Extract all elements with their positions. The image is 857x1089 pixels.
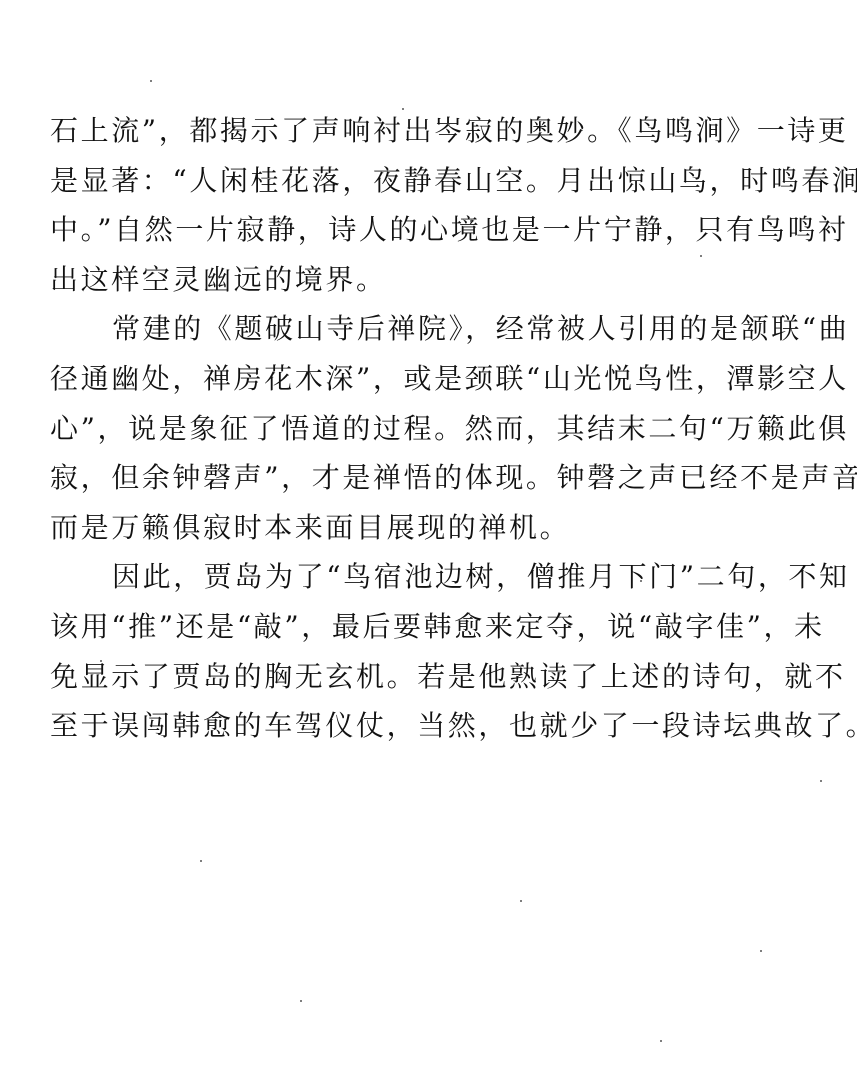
text-line: 是显著：“人闲桂花落，夜静春山空。月出惊山鸟，时鸣春涧 (50, 156, 800, 206)
text-line: 径通幽处，禅房花木深”，或是颈联“山光悦鸟性，潭影空人 (50, 354, 800, 404)
scan-speck (200, 860, 202, 862)
text-line: 免显示了贾岛的胸无玄机。若是他熟读了上述的诗句，就不 (50, 652, 800, 702)
text-line: 常建的《题破山寺后禅院》，经常被人引用的是颔联“曲 (50, 304, 800, 354)
text-line: 该用“推”还是“敲”，最后要韩愈来定夺，说“敲字佳”，未 (50, 602, 800, 652)
text-line: 至于误闯韩愈的车驾仪仗，当然，也就少了一段诗坛典故了。 (50, 701, 800, 751)
scan-speck (470, 220, 472, 222)
paragraph-2: 常建的《题破山寺后禅院》，经常被人引用的是颔联“曲 径通幽处，禅房花木深”，或是… (50, 304, 800, 552)
text-line: 因此，贾岛为了“鸟宿池边树，僧推月下门”二句，不知 (50, 552, 800, 602)
scan-speck (660, 1040, 662, 1042)
document-page: 石上流”，都揭示了声响衬出岑寂的奥妙。《鸟鸣涧》一诗更 是显著：“人闲桂花落，夜… (50, 106, 800, 751)
scan-speck (402, 108, 404, 110)
paragraph-3: 因此，贾岛为了“鸟宿池边树，僧推月下门”二句，不知 该用“推”还是“敲”，最后要… (50, 552, 800, 750)
scan-speck (640, 580, 642, 582)
text-line: 而是万籁俱寂时本来面目展现的禅机。 (50, 503, 800, 553)
text-line: 石上流”，都揭示了声响衬出岑寂的奥妙。《鸟鸣涧》一诗更 (50, 106, 800, 156)
text-line: 心”，说是象征了悟道的过程。然而，其结末二句“万籁此俱 (50, 404, 800, 454)
scan-speck (520, 900, 522, 902)
text-line: 寂，但余钟磬声”，才是禅悟的体现。钟磬之声已经不是声音， (50, 453, 800, 503)
scan-speck (150, 80, 152, 82)
scan-speck (820, 780, 822, 782)
scan-speck (100, 660, 102, 662)
text-line: 中。”自然一片寂静，诗人的心境也是一片宁静，只有鸟鸣衬 (50, 205, 800, 255)
scan-speck (840, 130, 842, 132)
scan-speck (300, 1000, 302, 1002)
scan-speck (700, 255, 702, 257)
paragraph-1: 石上流”，都揭示了声响衬出岑寂的奥妙。《鸟鸣涧》一诗更 是显著：“人闲桂花落，夜… (50, 106, 800, 304)
text-line: 出这样空灵幽远的境界。 (50, 255, 800, 305)
scan-speck (760, 950, 762, 952)
